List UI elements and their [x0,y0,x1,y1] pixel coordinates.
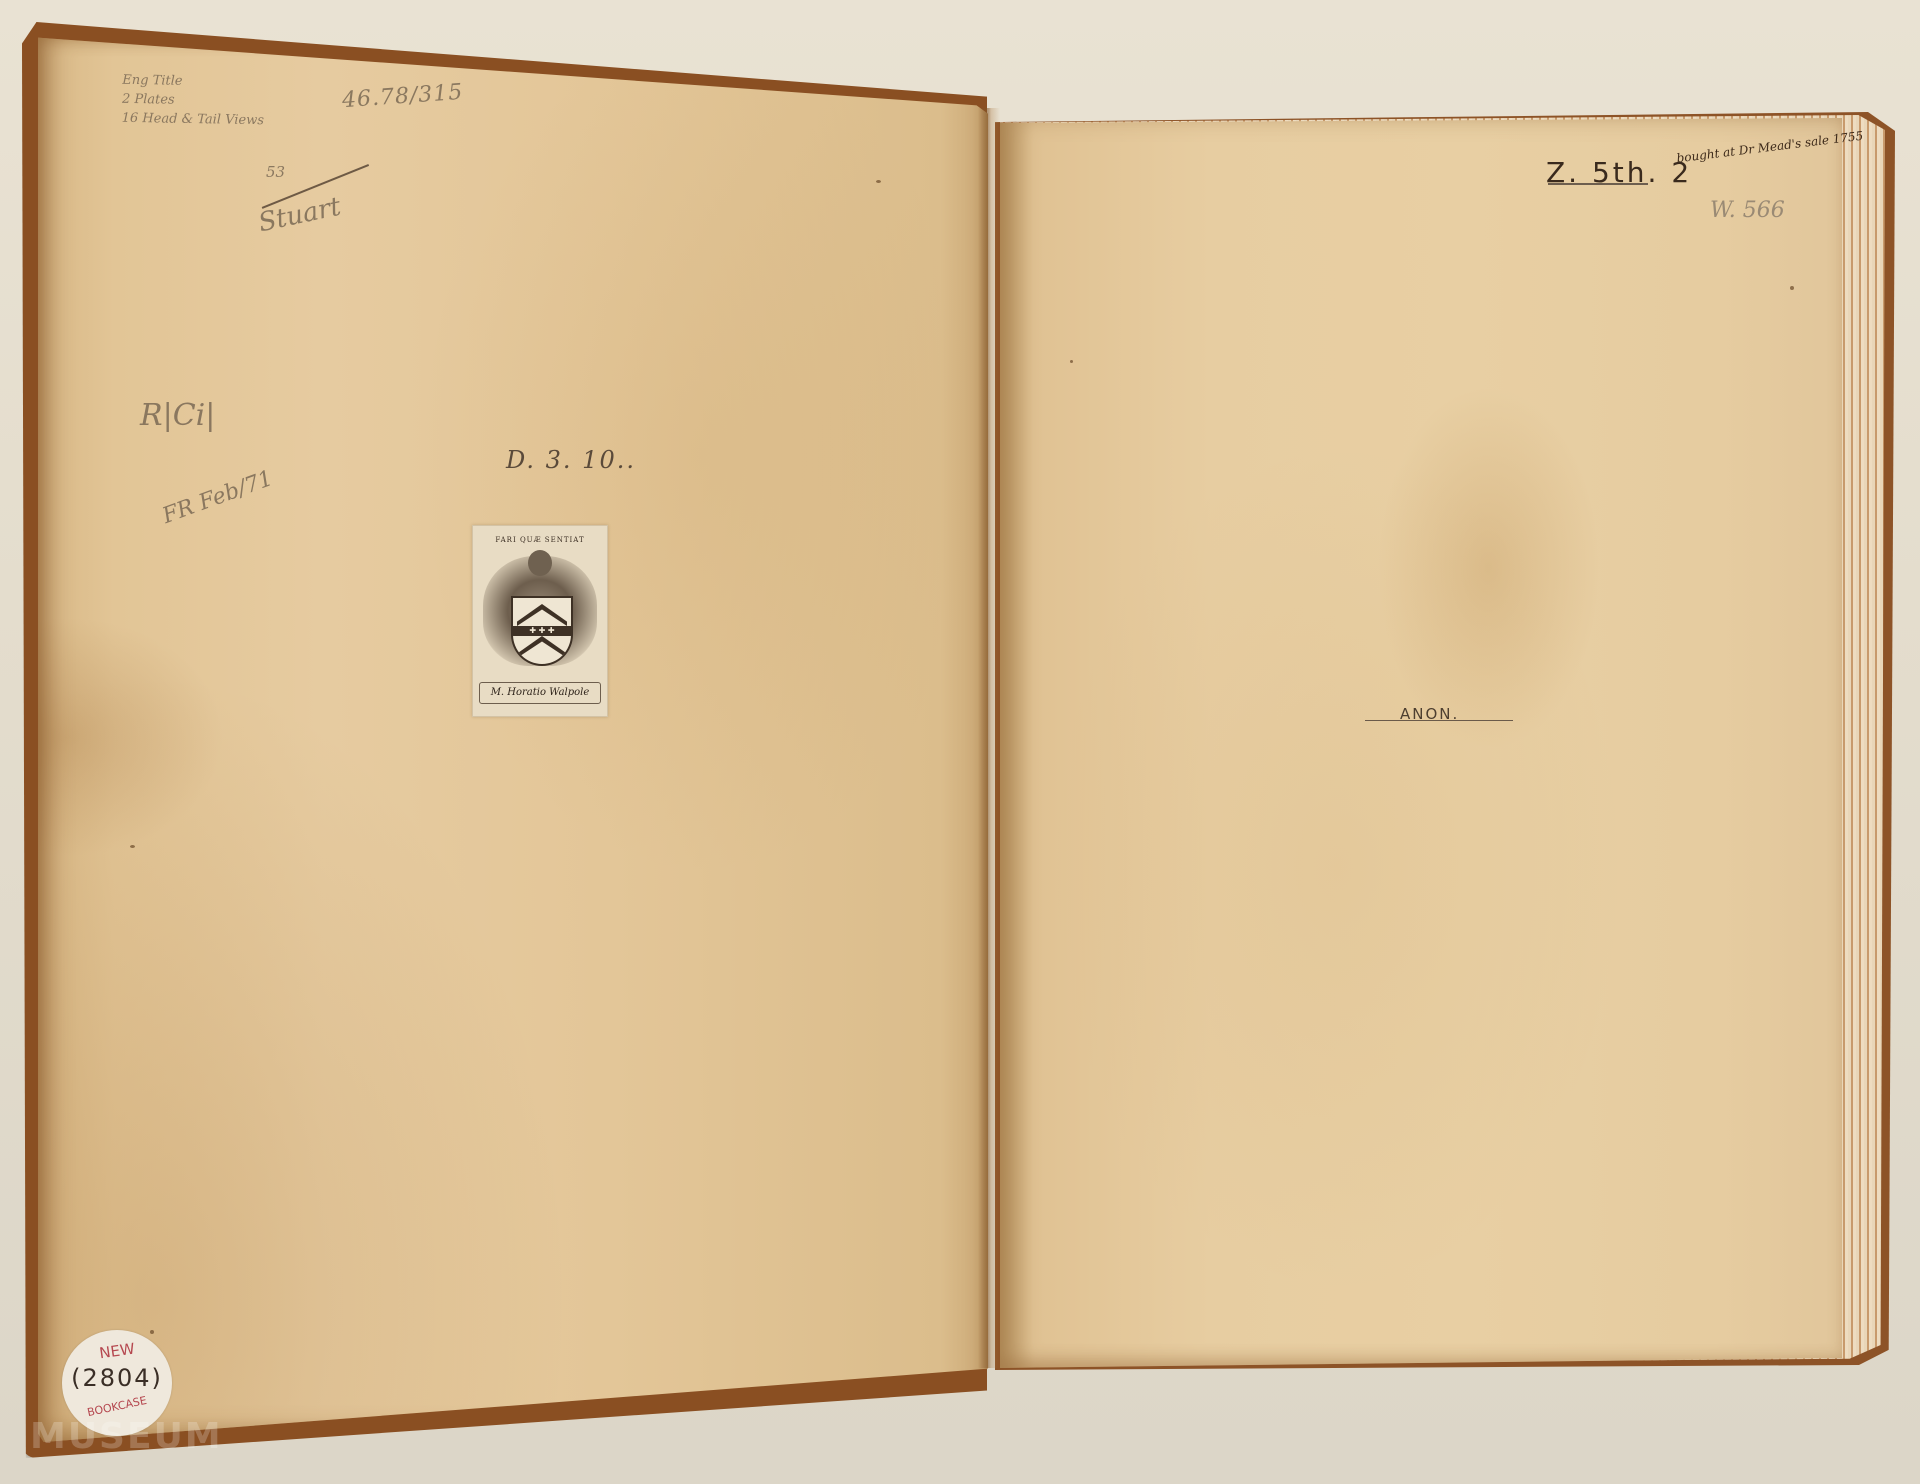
foxing-spot [130,845,135,848]
front-pastedown-page [38,32,988,1442]
note-line: 16 Head & Tail Views [122,109,265,130]
flyleaf-page [1000,118,1842,1368]
pencil-notes: Eng Title 2 Plates 16 Head & Tail Views [122,71,265,130]
fess-crosses-icon: ✚ ✚ ✚ [513,626,571,636]
foxing-spot [1790,286,1794,290]
foxing-spot [876,180,881,183]
sticker-number: (2804) [62,1364,172,1392]
left-shelfmark: D. 3. 10.. [506,446,636,474]
shield-icon: ✚ ✚ ✚ [511,596,573,666]
bookplate-owner: M. Horatio Walpole [479,682,601,704]
foxing-spot [150,1330,154,1334]
museum-watermark: MUSEUM [30,1416,223,1457]
note-line: 2 Plates [122,90,265,111]
lot-number: 53 [266,163,285,181]
initials-mark: R|Ci| [140,398,215,433]
author-underline [1365,720,1513,721]
crest-icon [528,550,552,576]
spine-gutter [978,108,1000,1368]
bookplate-motto: FARI QUÆ SENTIAT [481,536,599,544]
chevron-icon [517,604,567,626]
shelfmark-underline [1548,183,1648,185]
foxing-spot [1070,360,1073,363]
catalogue-number: W. 566 [1710,198,1785,223]
armorial-bookplate: FARI QUÆ SENTIAT ✚ ✚ ✚ M. Horatio Walpol… [472,525,608,717]
chevron-icon [517,636,567,658]
note-line: Eng Title [122,71,265,92]
